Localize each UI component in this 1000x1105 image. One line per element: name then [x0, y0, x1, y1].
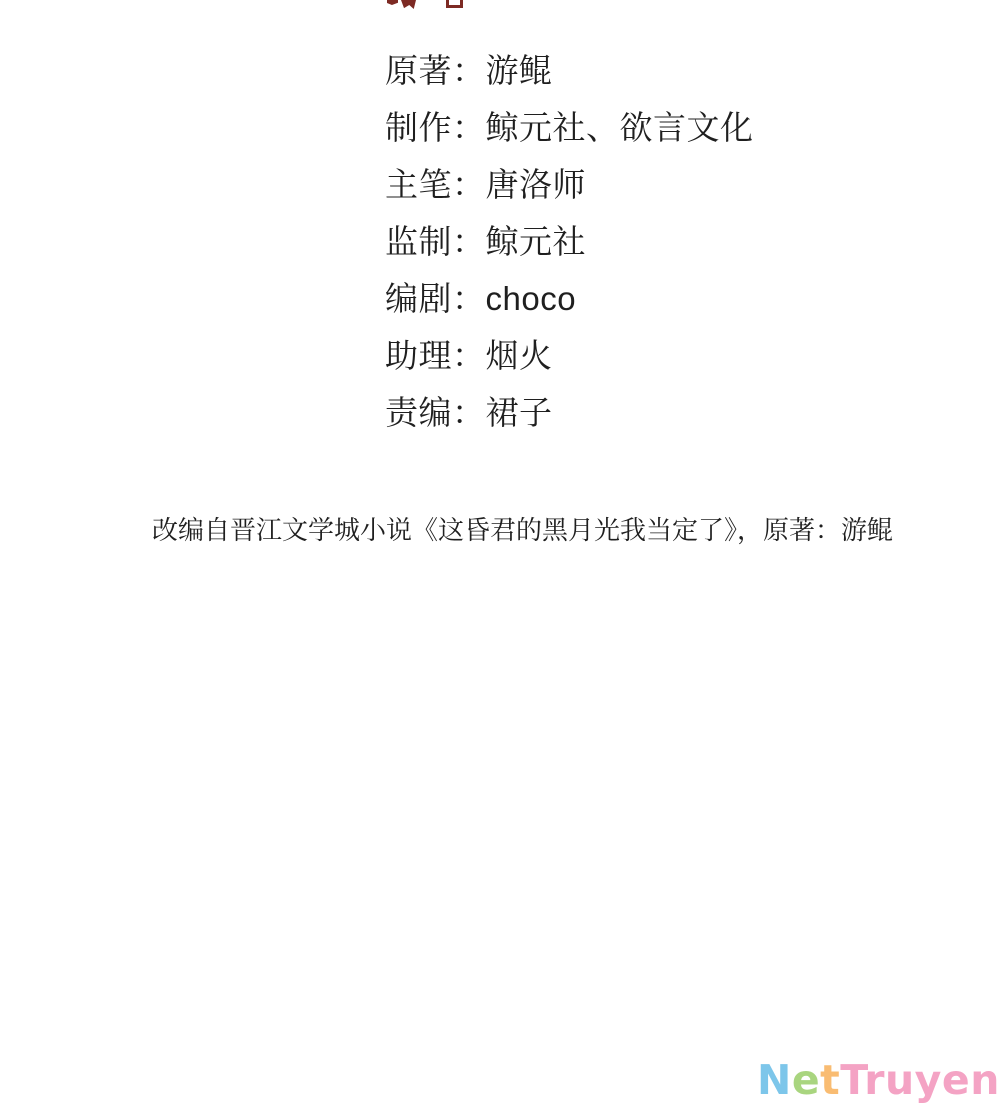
credit-line-assistant: 助理：烟火 — [385, 339, 754, 372]
watermark-letter: e — [792, 1056, 820, 1104]
clipped-red-title — [0, 0, 1000, 14]
credits-list: 原著：游鲲 制作：鲸元社、欲言文化 主笔：唐洛师 监制：鲸元社 编剧：choco… — [385, 54, 754, 429]
adaptation-note: 改编自晋江文学城小说《这昏君的黑月光我当定了》，原著：游鲲 — [152, 514, 893, 546]
credit-line-editor: 责编：裙子 — [385, 396, 754, 429]
watermark-letter: u — [885, 1056, 915, 1104]
watermark-letter: t — [820, 1056, 840, 1104]
credit-line-main-artist: 主笔：唐洛师 — [385, 168, 754, 201]
credit-line-supervisor: 监制：鲸元社 — [385, 225, 754, 258]
credit-line-production: 制作：鲸元社、欲言文化 — [385, 111, 754, 144]
credit-line-screenwriter: 编剧：choco — [385, 282, 754, 315]
watermark-letter: y — [915, 1056, 942, 1104]
watermark-letter: e — [942, 1056, 970, 1104]
clipped-title-fragment — [387, 0, 398, 5]
credit-line-original-author: 原著：游鲲 — [385, 54, 754, 87]
clipped-title-fragment — [446, 0, 463, 8]
watermark-letter: r — [864, 1056, 885, 1104]
clipped-title-fragment — [401, 0, 416, 9]
nettruyen-watermark: NetTruyen — [757, 1058, 1000, 1102]
watermark-letter: T — [840, 1056, 864, 1104]
watermark-letter: n — [970, 1056, 1000, 1104]
watermark-letter: N — [757, 1056, 792, 1104]
